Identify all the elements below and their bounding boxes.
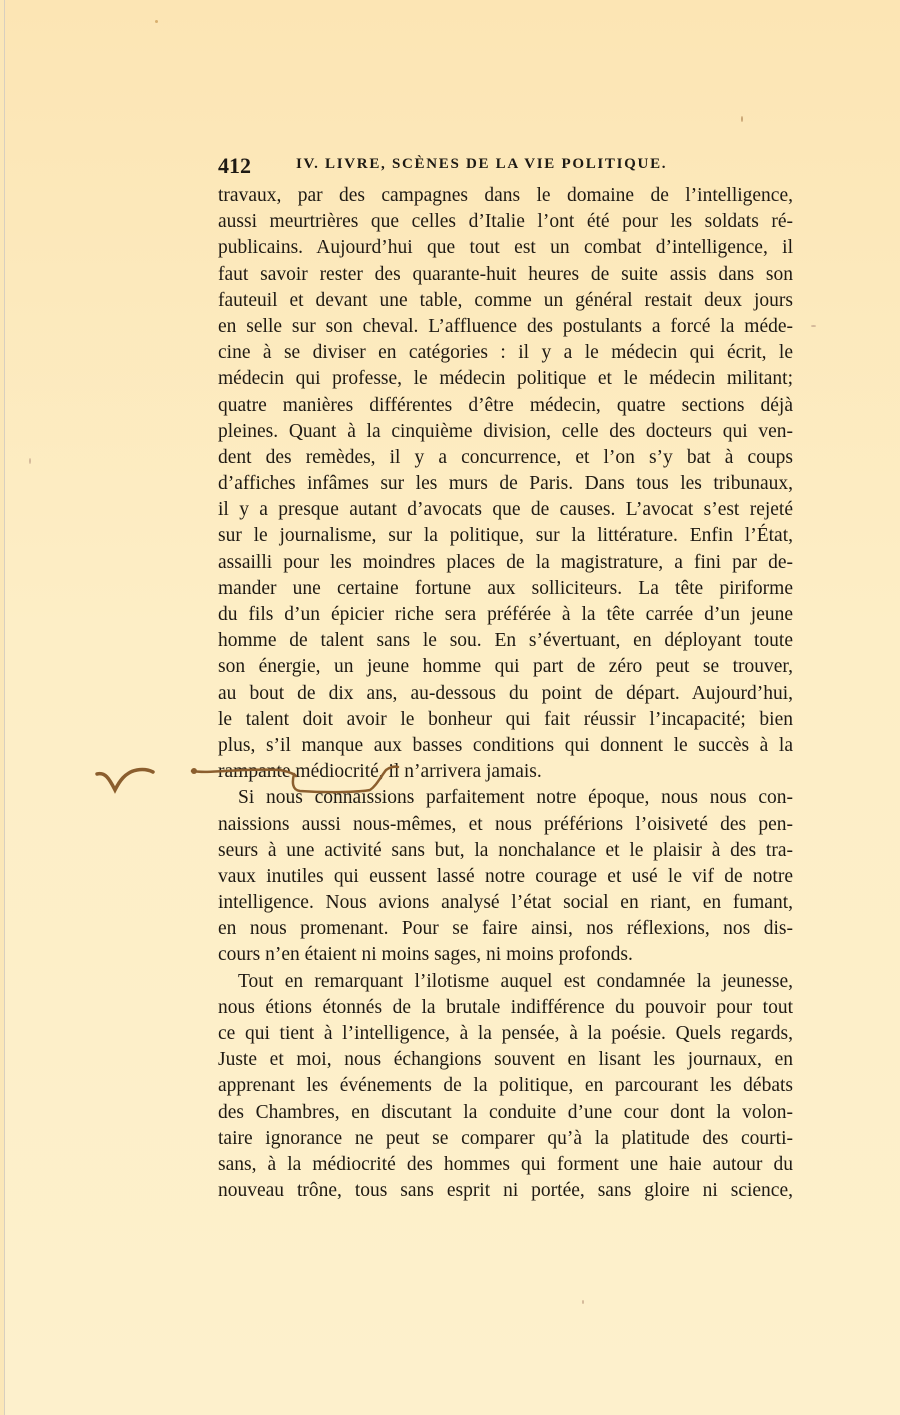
text-line: publicains. Aujourd’hui que tout est un … bbox=[218, 235, 793, 261]
text-line: Tout en remarquant l’ilotisme auquel est… bbox=[218, 969, 793, 995]
text-line: vaux inutiles qui eussent lassé notre co… bbox=[218, 864, 793, 890]
text-line: apprenant les événements de la politique… bbox=[218, 1073, 793, 1099]
paragraph-2: Si nous connaissions parfaitement notre … bbox=[218, 785, 793, 968]
text-line: ce qui tient à l’intelligence, à la pens… bbox=[218, 1021, 793, 1047]
text-line: homme de talent sans le sou. En s’évertu… bbox=[218, 628, 793, 654]
text-line: fauteuil et devant une table, comme un g… bbox=[218, 288, 793, 314]
page-number: 412 bbox=[218, 153, 251, 179]
page-header: 412 IV. LIVRE, SCÈNES DE LA VIE POLITIQU… bbox=[218, 153, 793, 179]
text-line: nous étions étonnés de la brutale indiff… bbox=[218, 995, 793, 1021]
text-line: en selle sur son cheval. L’affluence des… bbox=[218, 314, 793, 340]
text-line: au bout de dix ans, au-dessous du point … bbox=[218, 681, 793, 707]
paper-speck bbox=[582, 1300, 584, 1304]
text-line: aussi meurtrières que celles d’Italie l’… bbox=[218, 209, 793, 235]
text-line: seurs à une activité sans but, la noncha… bbox=[218, 838, 793, 864]
text-line: sur le journalisme, sur la politique, su… bbox=[218, 523, 793, 549]
text-line: pleines. Quant à la cinquième division, … bbox=[218, 419, 793, 445]
text-line: mander une certaine fortune aux sollicit… bbox=[218, 576, 793, 602]
text-line: intelligence. Nous avions analysé l’état… bbox=[218, 890, 793, 916]
text-line: dent des remèdes, il y a concurrence, et… bbox=[218, 445, 793, 471]
text-line: des Chambres, en discutant la conduite d… bbox=[218, 1100, 793, 1126]
text-line: son énergie, un jeune homme qui part de … bbox=[218, 654, 793, 680]
text-line: Juste et moi, nous échangions souvent en… bbox=[218, 1047, 793, 1073]
paper-speck bbox=[29, 458, 31, 464]
text-line: sans, à la médiocrité des hommes qui for… bbox=[218, 1152, 793, 1178]
text-line: taire ignorance ne peut se comparer qu’à… bbox=[218, 1126, 793, 1152]
text-line: faut savoir rester des quarante-huit heu… bbox=[218, 262, 793, 288]
text-line: travaux, par des campagnes dans le domai… bbox=[218, 183, 793, 209]
underline-annotation-icon bbox=[190, 762, 430, 798]
text-line: assailli pour les moindres places de la … bbox=[218, 550, 793, 576]
text-line: il y a presque autant d’avocats que de c… bbox=[218, 497, 793, 523]
text-line: en nous promenant. Pour se faire ainsi, … bbox=[218, 916, 793, 942]
paragraph-3: Tout en remarquant l’ilotisme auquel est… bbox=[218, 969, 793, 1205]
text-line: cine à se diviser en catégories : il y a… bbox=[218, 340, 793, 366]
text-line: cours n’en étaient ni moins sages, ni mo… bbox=[218, 942, 793, 968]
book-page: 412 IV. LIVRE, SCÈNES DE LA VIE POLITIQU… bbox=[4, 0, 900, 1415]
paragraph-1: travaux, par des campagnes dans le domai… bbox=[218, 183, 793, 785]
text-line: plus, s’il manque aux basses conditions … bbox=[218, 733, 793, 759]
text-line: naissions aussi nous-mêmes, et nous préf… bbox=[218, 812, 793, 838]
text-line: quatre manières différentes d’être médec… bbox=[218, 393, 793, 419]
text-line: le talent doit avoir le bonheur qui fait… bbox=[218, 707, 793, 733]
paper-speck bbox=[155, 20, 158, 23]
text-line: nouveau trône, tous sans esprit ni porté… bbox=[218, 1178, 793, 1204]
paper-speck bbox=[811, 325, 816, 327]
margin-checkmark-icon bbox=[93, 762, 157, 798]
running-head: IV. LIVRE, SCÈNES DE LA VIE POLITIQUE. bbox=[296, 156, 667, 173]
paper-speck bbox=[741, 116, 743, 122]
body-text: travaux, par des campagnes dans le domai… bbox=[218, 183, 793, 1204]
text-line: d’affiches infâmes sur les murs de Paris… bbox=[218, 471, 793, 497]
text-line: du fils d’un épicier riche sera préférée… bbox=[218, 602, 793, 628]
text-line: médecin qui professe, le médecin politiq… bbox=[218, 366, 793, 392]
